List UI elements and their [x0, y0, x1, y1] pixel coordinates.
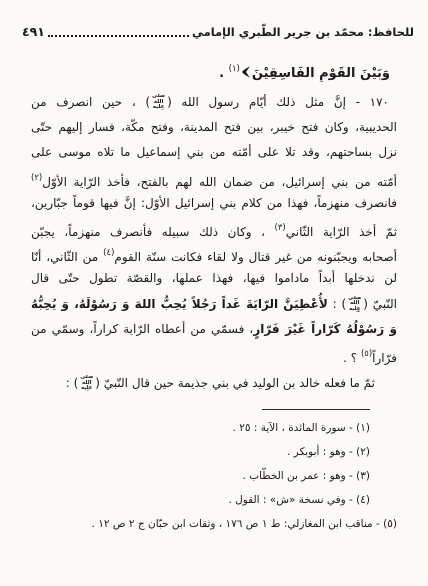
footnote-marker: (٥)	[361, 349, 372, 359]
body-line: نزل بساحتهم، وقد تلا على أمّته من بني إس…	[31, 140, 397, 165]
quran-closing-bracket-icon	[242, 66, 250, 78]
text-segment: :	[66, 376, 74, 390]
dot-leader	[48, 35, 189, 37]
quran-verse-text: وَبَيْنَ القَوْمِ الفَاسِقِيْنَ(١) .	[31, 56, 397, 82]
text-segment: وَبَيْنَ القَوْمِ الفَاسِقِيْنَ	[252, 66, 390, 81]
text-segment: ؟ .	[343, 351, 361, 365]
closing-paragraph: ثمّ ما فعله خالد بن الوليد في بني جذيمة …	[31, 371, 397, 396]
text-segment: أصحابه ويجبّنونه من غير قتال ولا لقاء فك…	[114, 250, 397, 264]
honorific-text: صلى الله عليه وآله	[150, 94, 167, 110]
footnote-marker: (٢)	[31, 173, 42, 183]
text-segment: ثمّ ما فعله خالد بن الوليد في بني جذيمة …	[100, 376, 375, 390]
header-title: للحافظ: محمّد بن جرير الطّبري الإمامي	[192, 24, 414, 40]
honorific-text: صلى الله عليه وآله	[346, 296, 363, 312]
body-line: أصحابه ويجبّنونه من غير قتال ولا لقاء فك…	[31, 241, 397, 266]
text-segment: أمّته من بني إسرائيل، من ضمان الله لهم ب…	[42, 175, 397, 189]
body-line: أمّته من بني إسرائيل، من ضمان الله لهم ب…	[31, 166, 397, 191]
honorific-symbol: صلى الله عليه وآله	[342, 297, 368, 311]
footnote-line: (٣) - وهو : عمر بن الخطّاب .	[31, 464, 397, 488]
honorific-symbol: صلى الله عليه وآله	[145, 95, 171, 109]
book-page: للحافظ: محمّد بن جرير الطّبري الإمامي ٤٩…	[0, 0, 428, 586]
page-header: للحافظ: محمّد بن جرير الطّبري الإمامي ٤٩…	[22, 22, 414, 40]
body-line: فرّاراً(٥) ؟ .	[31, 342, 397, 367]
footnote-marker: (٤)	[103, 248, 114, 258]
body-line: ١٧٠ - إنَّ مثل ذلك أيّام رسول الله صلى ا…	[31, 90, 397, 115]
footnote-marker: (١)	[229, 64, 240, 74]
text-segment: نزل بساحتهم، وقد تلا على أمّته من بني إس…	[31, 145, 397, 159]
text-segment: فانصرف منهزماً، فهذا من كلام بني إسرائيل…	[31, 196, 397, 210]
honorific-symbol: صلى الله عليه وآله	[74, 376, 100, 390]
footnote-line: (٥) - مناقب ابن المغازلي: ط ١ ص ١٧٦ ، وث…	[31, 512, 397, 536]
body-line: الحديبية، وكان فتح خيبر، بين فتح المدينة…	[31, 115, 397, 140]
honorific-text: صلى الله عليه وآله	[78, 375, 95, 391]
body-line: ثمّ ما فعله خالد بن الوليد في بني جذيمة …	[31, 371, 397, 396]
body-line: فانصرف منهزماً، فهذا من كلام بني إسرائيل…	[31, 191, 397, 216]
footnote-separator	[262, 409, 370, 410]
body-line: ثمّ أخذ الرّاية الثّاني(٣) ، وكان ذلك سب…	[31, 216, 397, 241]
text-segment: من الثّاني، أنّا	[31, 250, 103, 264]
footnote-line: (٢) - وهو : أبوبكر .	[31, 440, 397, 464]
text-segment: :	[328, 297, 342, 311]
text-segment: ، حين انصرف من	[31, 95, 145, 109]
footnotes-block: (١) - سورة المائدة ، الآية : ٢٥ .(٢) - و…	[31, 416, 397, 536]
footnote-marker: (٣)	[275, 223, 286, 233]
footnote-line: (٤) - وفي نسخة «ش» : القول .	[31, 488, 397, 512]
quran-verse-line: وَبَيْنَ القَوْمِ الفَاسِقِيْنَ(١) .	[31, 56, 397, 82]
text-segment: .	[219, 66, 228, 81]
footnote-line: (١) - سورة المائدة ، الآية : ٢٥ .	[31, 416, 397, 440]
text-segment: لن ندخلها أبداً ماداموا فيها، فهذا عملها…	[31, 271, 397, 285]
text-segment: فرّاراً	[372, 351, 397, 365]
text-segment: ، وكان ذلك سبيله فأنصرف منهزماً، يجبّن	[31, 225, 275, 239]
page-number: ٤٩١	[22, 24, 45, 40]
text-segment: النّبيّ	[368, 297, 397, 311]
text-segment: وَ رَسُوْلُهُ كَرّاراً غَيْرَ فَرّارٍ	[253, 322, 397, 336]
main-paragraph: ١٧٠ - إنَّ مثل ذلك أيّام رسول الله صلى ا…	[31, 90, 397, 367]
text-segment: الحديبية، وكان فتح خيبر، بين فتح المدينة…	[31, 120, 397, 134]
text-segment: ١٧٠ - إنَّ مثل ذلك أيّام رسول الله	[172, 95, 389, 109]
body-line: لن ندخلها أبداً ماداموا فيها، فهذا عملها…	[31, 266, 397, 291]
body-line: وَ رَسُوْلُهُ كَرّاراً غَيْرَ فَرّارٍ، ف…	[31, 317, 397, 342]
body-line: النّبيّ صلى الله عليه وآله : لأُعْطِيَنَ…	[31, 292, 397, 317]
text-segment: ثمّ أخذ الرّاية الثّاني	[286, 225, 397, 239]
